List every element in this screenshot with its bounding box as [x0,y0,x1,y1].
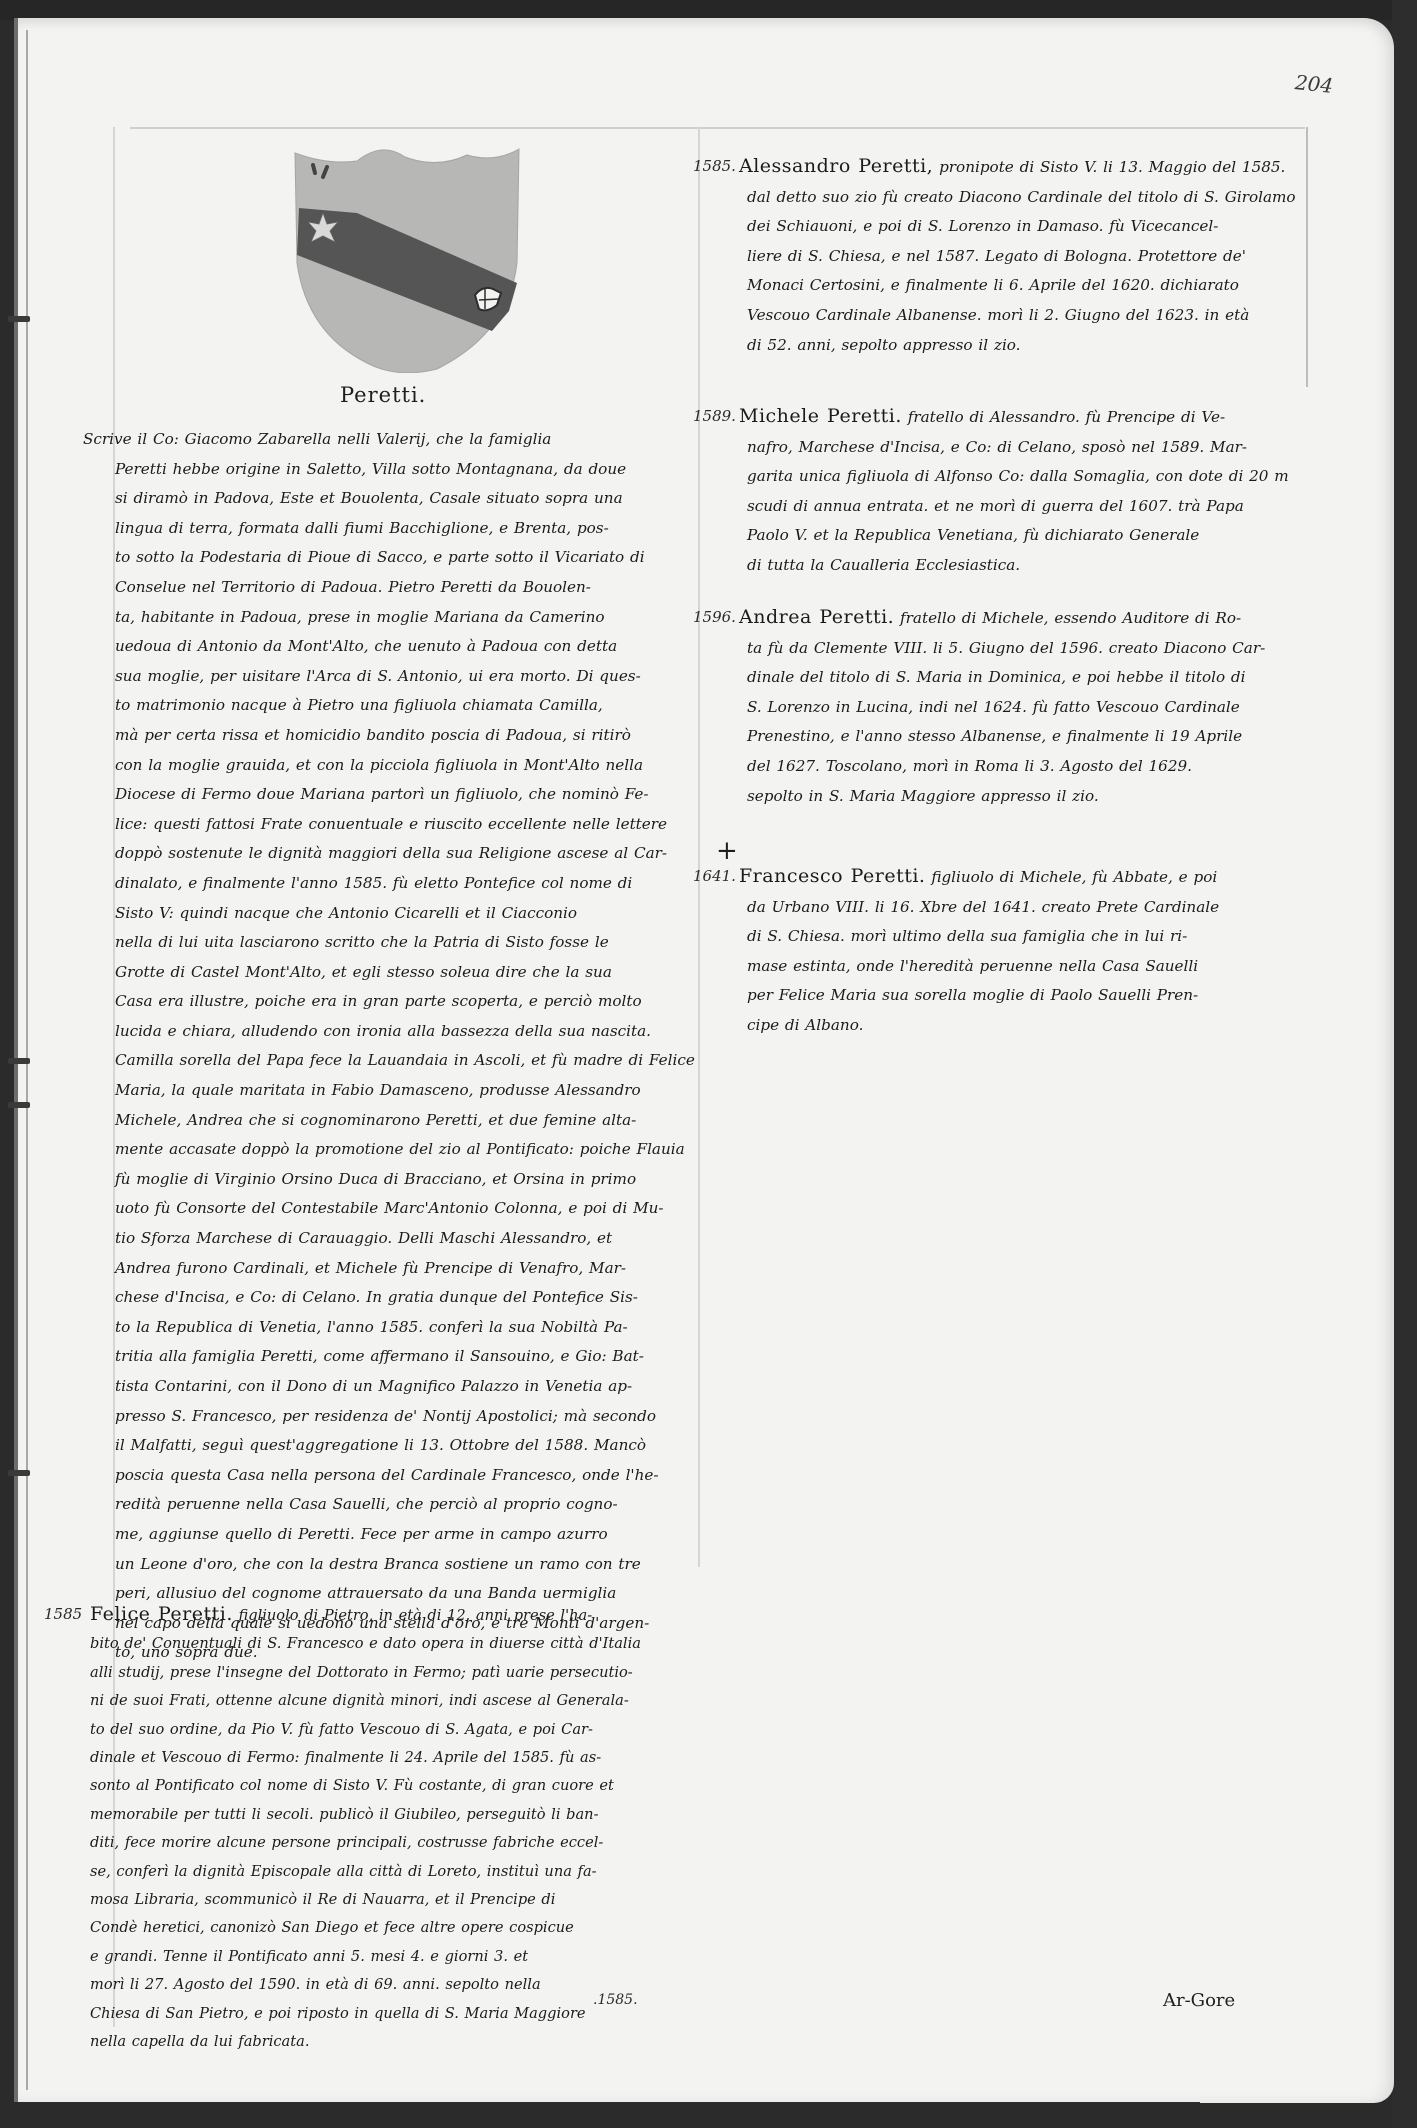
entry-line: dei Schiauoni, e poi di S. Lorenzo in Da… [739,212,1309,242]
narrative-line: si diramò in Padova, Este et Bouolenta, … [83,484,698,514]
entry-line: figliuolo di Pietro, in età di 12. anni … [239,1607,593,1624]
narrative-line: nella di lui uita lasciarono scritto che… [83,928,698,958]
entry-line: bito de' Conuentuali di S. Francesco e d… [90,1630,702,1658]
entry-line: Paolo V. et la Republica Venetiana, fù d… [739,521,1309,551]
narrative-line: uoto fù Consorte del Contestabile Marc'A… [83,1194,698,1224]
scan-top-edge [0,0,1417,20]
narrative-line: lingua di terra, formata dalli fiumi Bac… [83,514,698,544]
entry-line: Condè heretici, canonizò San Diego et fe… [90,1914,702,1942]
entry-line: di 52. anni, sepolto appresso il zio. [739,331,1309,361]
narrative-line: un Leone d'oro, che con la destra Branca… [83,1550,698,1580]
narrative-line: con la moglie grauida, et con la picciol… [83,751,698,781]
entry-name: Michele Peretti. [739,405,902,427]
entry-line: del 1627. Toscolano, morì in Roma li 3. … [739,752,1309,782]
entry-line: memorabile per tutti li secoli. publicò … [90,1801,702,1829]
folio-number: 204 [1294,70,1334,98]
entry-year: 1641. [693,862,736,892]
narrative-line: sua moglie, per uisitare l'Arca di S. An… [83,662,698,692]
entry-line: Monaci Certosini, e finalmente li 6. Apr… [739,271,1309,301]
narrative-line: chese d'Incisa, e Co: di Celano. In grat… [83,1283,698,1313]
entry-line: mase estinta, onde l'heredità peruenne n… [739,952,1309,982]
entry-year: 1585 [44,1600,82,1628]
scan-right-edge [1392,0,1417,2128]
narrative-line: to sotto la Podestaria di Pioue di Sacco… [83,543,698,573]
footer-year: .1585. [593,1992,638,2008]
entry-line: e grandi. Tenne il Pontificato anni 5. m… [90,1943,702,1971]
entry-line: garita unica figliuola di Alfonso Co: da… [739,462,1309,492]
entry-year: 1596. [693,603,736,633]
entry-year: 1585. [693,152,736,182]
narrative-line: il Malfatti, seguì quest'aggregatione li… [83,1431,698,1461]
ruled-top-line [130,127,1305,129]
narrative-line: Sisto V: quindi nacque che Antonio Cicar… [83,899,698,929]
narrative-line: me, aggiunse quello di Peretti. Fece per… [83,1520,698,1550]
narrative-line: to la Republica di Venetia, l'anno 1585.… [83,1313,698,1343]
entry-line: dal detto suo zio fù creato Diacono Card… [739,183,1309,213]
binding-stitch [8,316,30,322]
narrative-line: fù moglie di Virginio Orsino Duca di Bra… [83,1165,698,1195]
narrative-line: Peretti hebbe origine in Saletto, Villa … [83,455,698,485]
entry-line: per Felice Maria sua sorella moglie di P… [739,981,1309,1011]
narrative-line: uedoua di Antonio da Mont'Alto, che uenu… [83,632,698,662]
family-history-narrative: Scrive il Co: Giacomo Zabarella nelli Va… [83,425,698,1668]
catchword: Ar-Gore [1163,1990,1235,2011]
entry-line: sonto al Pontificato col nome di Sisto V… [90,1772,702,1800]
binding-stitch [8,1058,30,1064]
entry-line: Prenestino, e l'anno stesso Albanense, e… [739,722,1309,752]
entry-line: dinale del titolo di S. Maria in Dominic… [739,663,1309,693]
entry-line: S. Lorenzo in Lucina, indi nel 1624. fù … [739,693,1309,723]
entry-line: se, conferì la dignità Episcopale alla c… [90,1858,702,1886]
narrative-line: lucida e chiara, alludendo con ironia al… [83,1017,698,1047]
narrative-line: tritia alla famiglia Peretti, come affer… [83,1342,698,1372]
narrative-line: mente accasate doppò la promotione del z… [83,1135,698,1165]
entry-name: Andrea Peretti. [739,606,894,628]
entry-name: Francesco Peretti. [739,865,925,887]
narrative-line: Conselue nel Territorio di Padoua. Pietr… [83,573,698,603]
narrative-line: doppò sostenute le dignità maggiori dell… [83,839,698,869]
narrative-line: Casa era illustre, poiche era in gran pa… [83,987,698,1017]
narrative-line: tista Contarini, con il Dono di un Magni… [83,1372,698,1402]
entry-line: mosa Libraria, scommunicò il Re di Nauar… [90,1886,702,1914]
narrative-line: Diocese di Fermo doue Mariana partorì un… [83,780,698,810]
entry-line: sepolto in S. Maria Maggiore appresso il… [739,782,1309,812]
narrative-line: lice: questi fattosi Frate conuentuale e… [83,810,698,840]
coat-of-arms-caption: Peretti. [340,383,426,407]
entry-line: da Urbano VIII. li 16. Xbre del 1641. cr… [739,893,1309,923]
entry-line: dinale et Vescouo di Fermo: finalmente l… [90,1744,702,1772]
narrative-line: Michele, Andrea che si cognominarono Per… [83,1106,698,1136]
entry-line: pronipote di Sisto V. li 13. Maggio del … [939,158,1285,176]
binding-stitch [8,1102,30,1108]
narrative-line: poscia questa Casa nella persona del Car… [83,1461,698,1491]
narrative-line: ta, habitante in Padoua, prese in moglie… [83,603,698,633]
narrative-line: Grotte di Castel Mont'Alto, et egli stes… [83,958,698,988]
entry-line: nafro, Marchese d'Incisa, e Co: di Celan… [739,433,1309,463]
entry-line: fratello di Michele, essendo Auditore di… [900,609,1241,627]
narrative-line: to matrimonio nacque à Pietro una figliu… [83,691,698,721]
narrative-line: presso S. Francesco, per residenza de' N… [83,1402,698,1432]
binding-stitch [8,1470,30,1476]
entry-line: ni de suoi Frati, ottenne alcune dignità… [90,1687,702,1715]
entry-line: to del suo ordine, da Pio V. fù fatto Ve… [90,1716,702,1744]
entry-line: di tutta la Caualleria Ecclesiastica. [739,551,1309,581]
entry-line: liere di S. Chiesa, e nel 1587. Legato d… [739,242,1309,272]
narrative-line: redità peruenne nella Casa Sauelli, che … [83,1490,698,1520]
entry-line: cipe di Albano. [739,1011,1309,1041]
narrative-line: Scrive il Co: Giacomo Zabarella nelli Va… [83,425,698,455]
entry-name: Felice Peretti. [90,1603,233,1625]
narrative-line: dinalato, e finalmente l'anno 1585. fù e… [83,869,698,899]
narrative-line: tio Sforza Marchese di Carauaggio. Delli… [83,1224,698,1254]
entry-line: scudi di annua entrata. et ne morì di gu… [739,492,1309,522]
entry-line: Vescouo Cardinale Albanense. morì li 2. … [739,301,1309,331]
entry-year: 1589. [693,402,736,432]
narrative-line: Camilla sorella del Papa fece la Lauanda… [83,1046,698,1076]
entry-line: di S. Chiesa. morì ultimo della sua fami… [739,922,1309,952]
coat-of-arms-shield-icon [287,143,522,373]
narrative-line: mà per certa rissa et homicidio bandito … [83,721,698,751]
narrative-line: Maria, la quale maritata in Fabio Damasc… [83,1076,698,1106]
scan-bottom-edge [0,2102,1200,2128]
entry-line: fratello di Alessandro. fù Prencipe di V… [908,408,1225,426]
ruled-column-divider [698,127,700,1567]
entry-line: ta fù da Clemente VIII. li 5. Giugno del… [739,634,1309,664]
entry-name: Alessandro Peretti, [739,155,933,177]
entry-line: alli studij, prese l'insegne del Dottora… [90,1659,702,1687]
entry-line: figliuolo di Michele, fù Abbate, e poi [931,868,1217,886]
narrative-line: Andrea furono Cardinali, et Michele fù P… [83,1254,698,1284]
entry-line: nella capella da lui fabricata. [90,2028,702,2056]
entry-line: diti, fece morire alcune persone princip… [90,1829,702,1857]
